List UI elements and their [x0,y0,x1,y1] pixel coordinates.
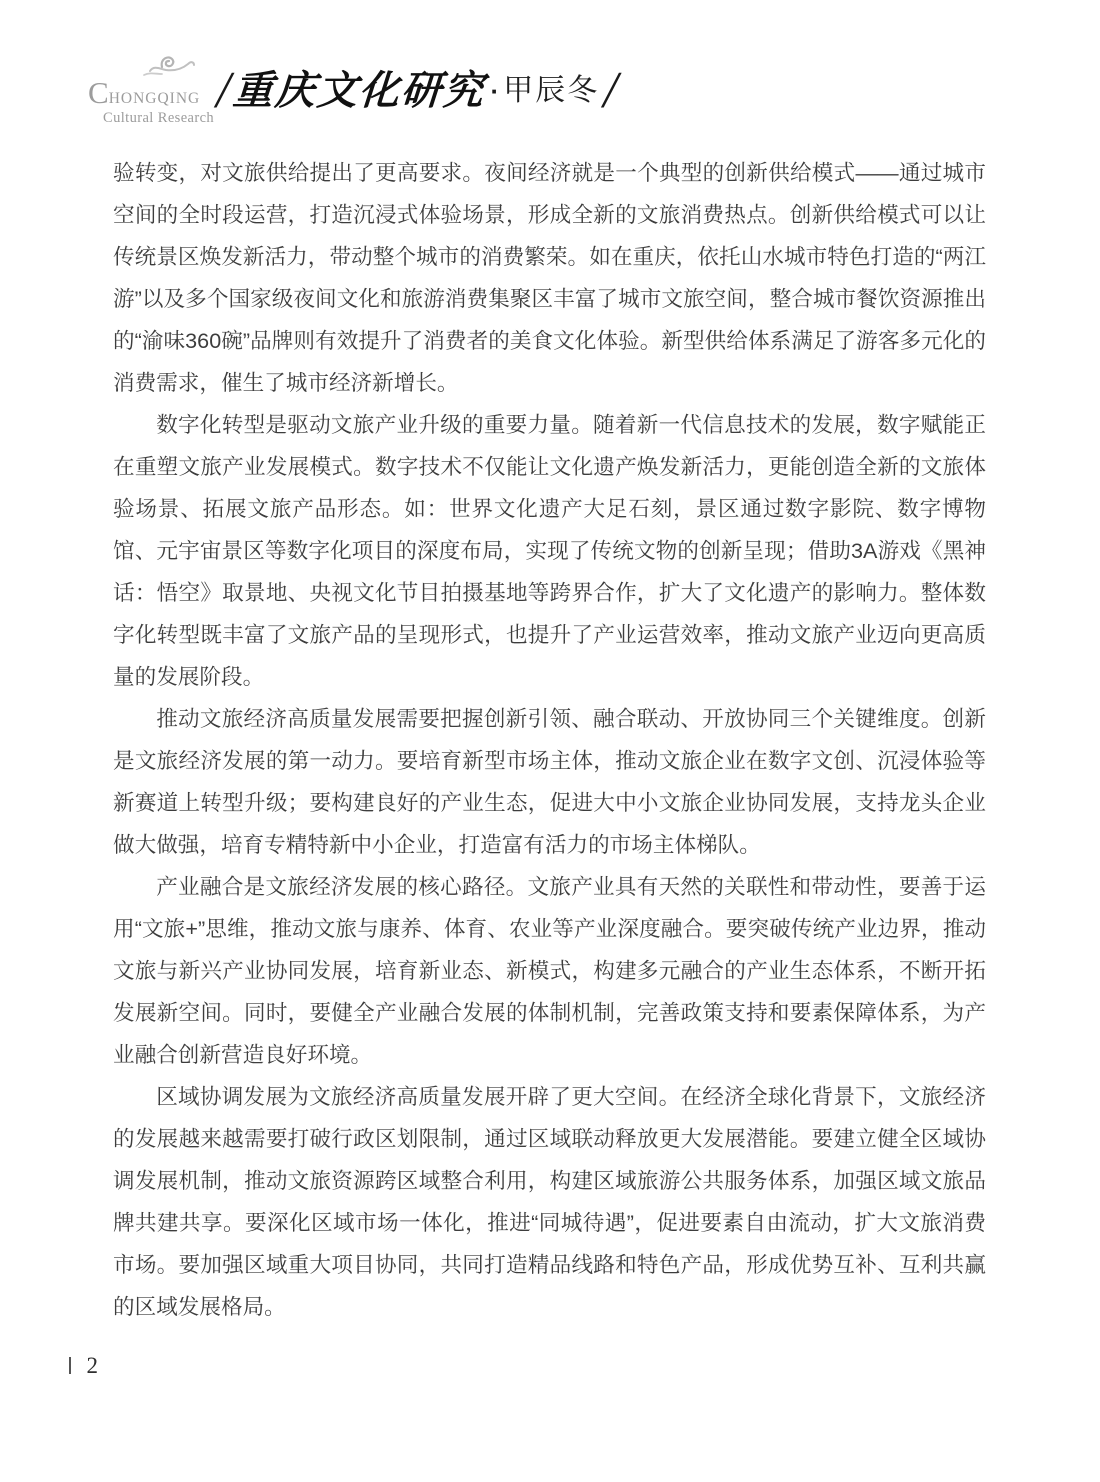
masthead-slash-open: / [216,65,230,117]
journal-page: CHONGQING Cultural Research / 重庆文化研究 · 甲… [0,0,1100,1482]
footer-rule [69,1357,71,1374]
journal-issue: 甲辰冬 [503,76,599,106]
logo-name-en: CHONGQING [88,77,214,108]
masthead-slash-close: / [603,65,617,117]
cloud-flourish-icon [140,51,196,79]
paragraph: 数字化转型是驱动文旅产业升级的重要力量。随着新一代信息技术的发展，数字赋能正在重… [113,404,986,698]
paragraph: 区域协调发展为文旅经济高质量发展开辟了更大空间。在经济全球化背景下，文旅经济的发… [113,1076,986,1328]
journal-logo: CHONGQING Cultural Research [88,55,214,127]
paragraph: 验转变，对文旅供给提出了更高要求。夜间经济就是一个典型的创新供给模式——通过城市… [113,152,986,404]
journal-masthead: / 重庆文化研究 · 甲辰冬 / [216,65,618,117]
journal-header: CHONGQING Cultural Research / 重庆文化研究 · 甲… [88,54,618,128]
article-body: 验转变，对文旅供给提出了更高要求。夜间经济就是一个典型的创新供给模式——通过城市… [113,152,986,1328]
paragraph: 产业融合是文旅经济发展的核心路径。文旅产业具有天然的关联性和带动性，要善于运用“… [113,866,986,1076]
page-footer: 2 [69,1354,98,1377]
logo-subtitle-en: Cultural Research [103,110,214,127]
masthead-separator: · [491,76,500,107]
journal-title-cn: 重庆文化研究 [231,71,486,111]
paragraph: 推动文旅经济高质量发展需要把握创新引领、融合联动、开放协同三个关键维度。创新是文… [113,698,986,866]
page-number: 2 [87,1354,99,1377]
